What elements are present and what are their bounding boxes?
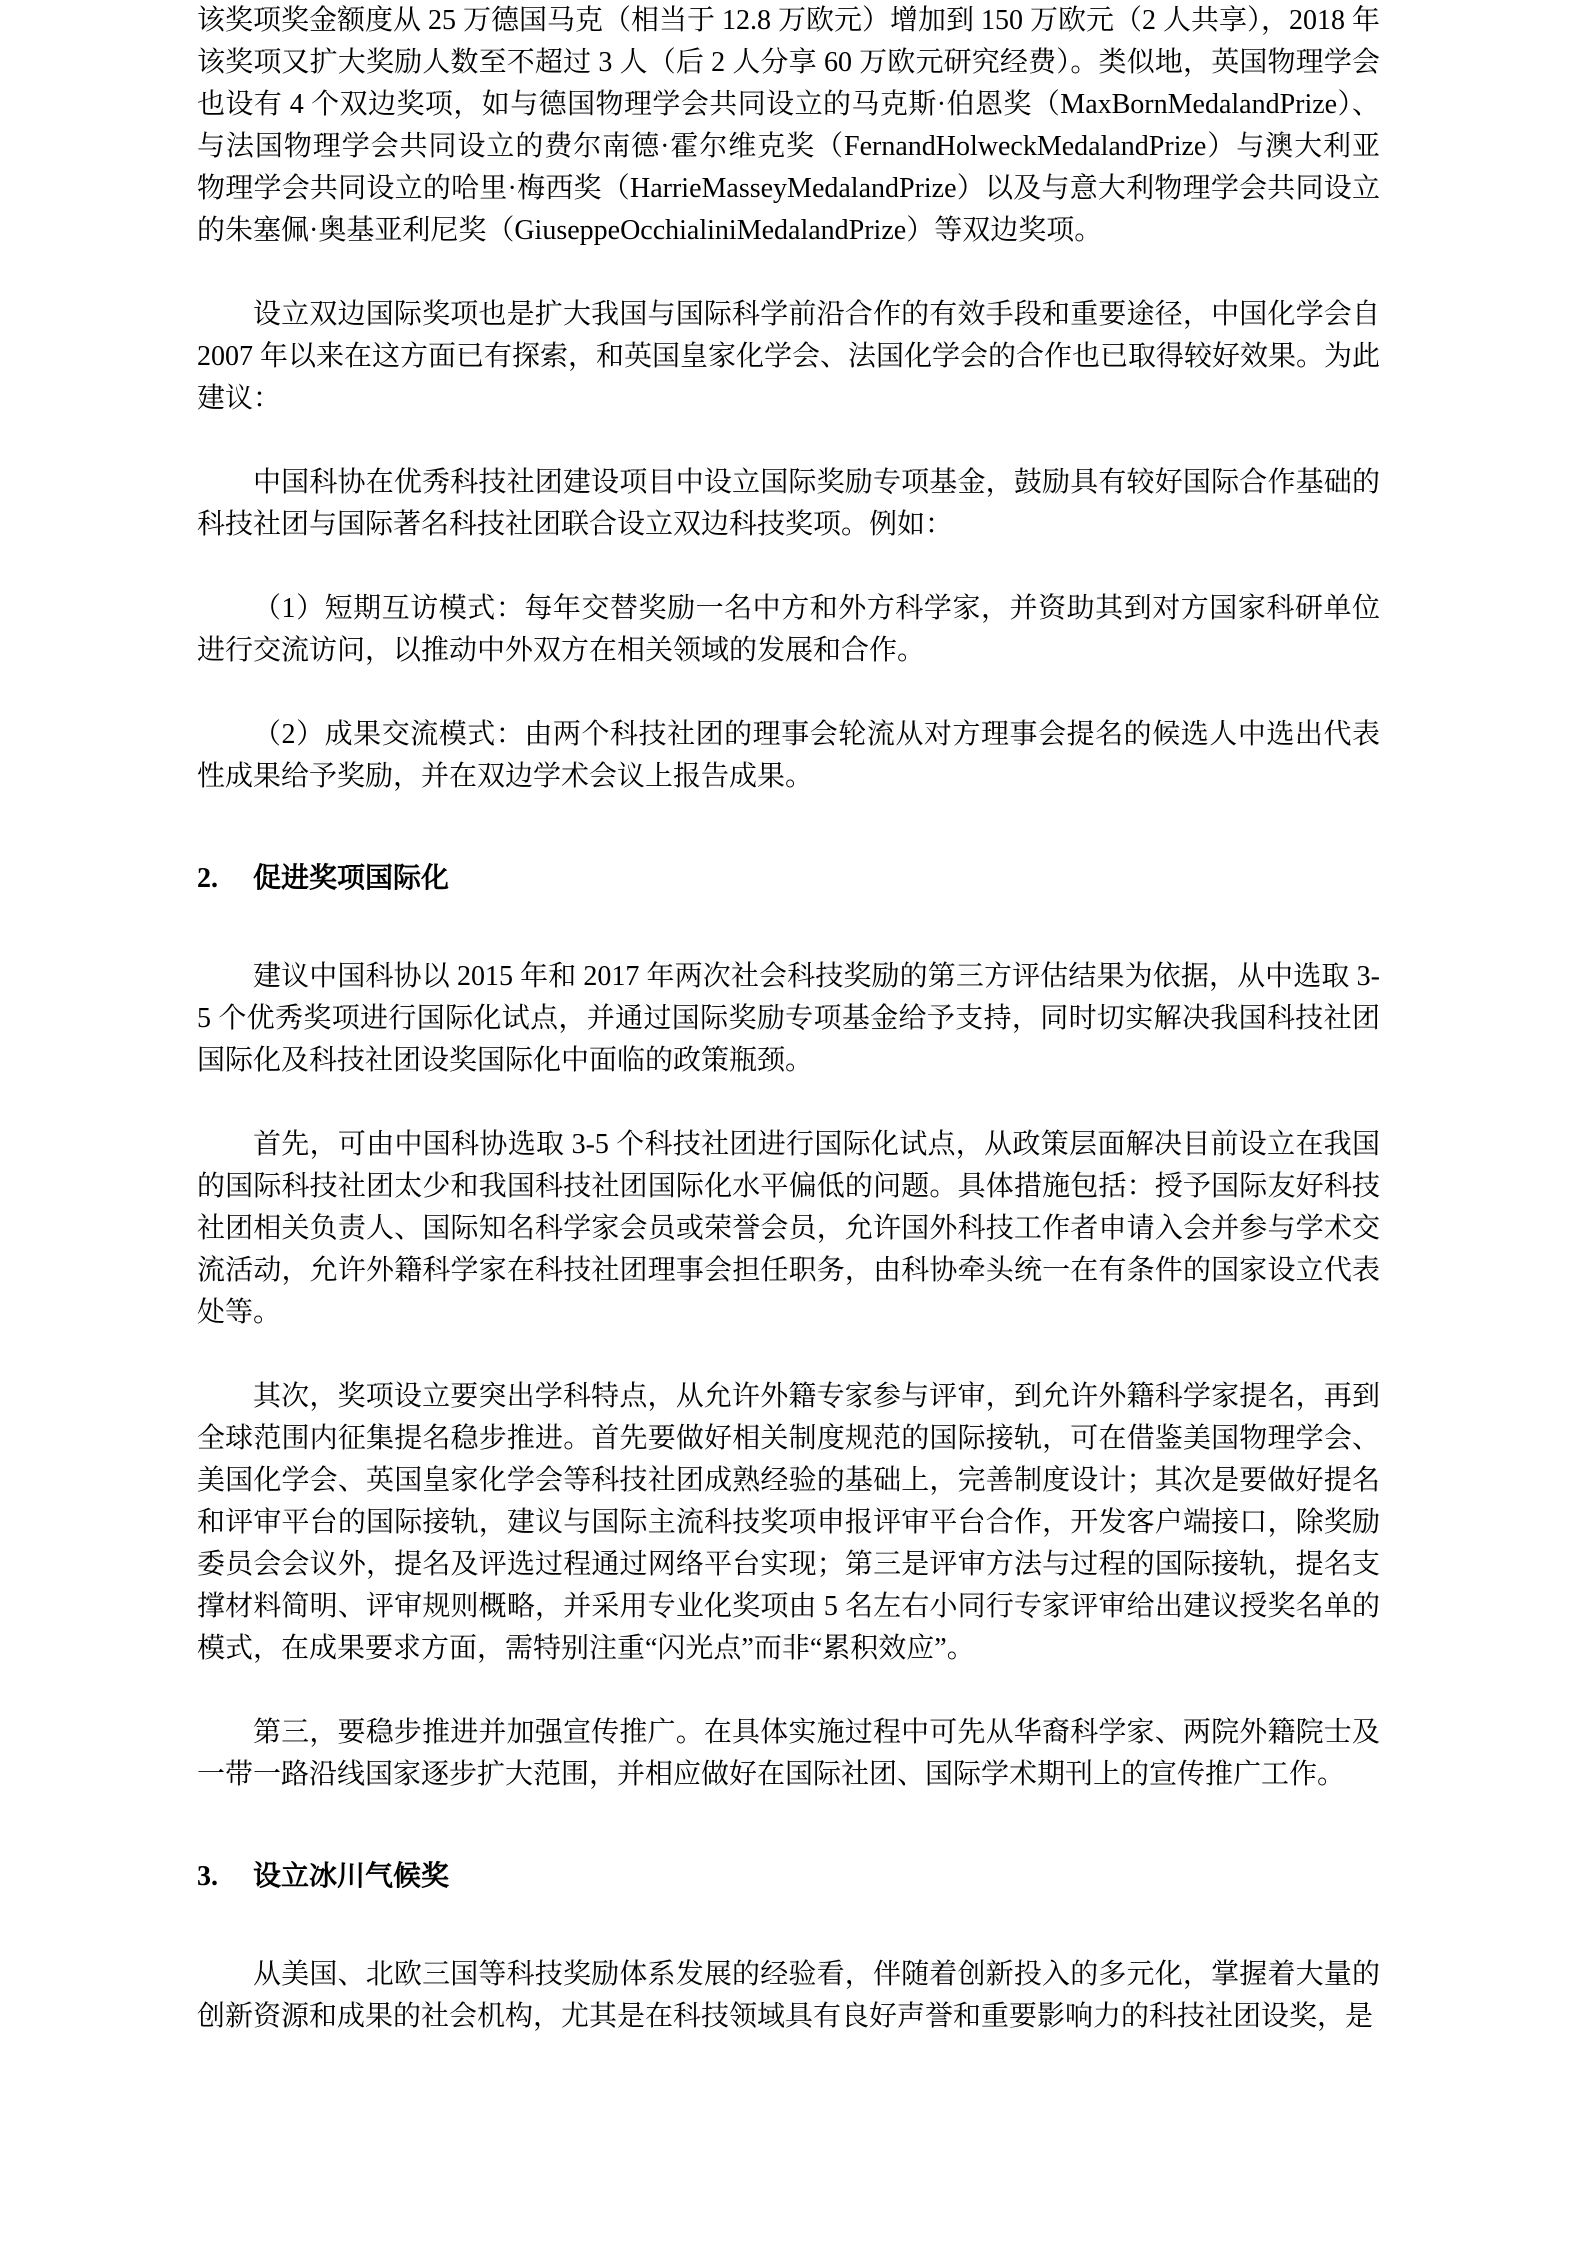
body-paragraph: 首先，可由中国科协选取 3-5 个科技社团进行国际化试点，从政策层面解决目前设立… — [197, 1124, 1380, 1334]
body-paragraph: 设立双边国际奖项也是扩大我国与国际科学前沿合作的有效手段和重要途径，中国化学会自… — [197, 294, 1380, 420]
body-paragraph: 中国科协在优秀科技社团建设项目中设立国际奖励专项基金，鼓励具有较好国际合作基础的… — [197, 462, 1380, 546]
heading-number: 2. — [197, 858, 253, 900]
heading-number: 3. — [197, 1856, 253, 1898]
body-paragraph: （1）短期互访模式：每年交替奖励一名中方和外方科学家，并资助其到对方国家科研单位… — [197, 588, 1380, 672]
section-heading-2: 2.促进奖项国际化 — [197, 858, 1380, 900]
heading-title: 设立冰川气候奖 — [253, 1861, 449, 1892]
section-heading-3: 3.设立冰川气候奖 — [197, 1856, 1380, 1898]
body-paragraph: 该奖项奖金额度从 25 万德国马克（相当于 12.8 万欧元）增加到 150 万… — [197, 0, 1380, 252]
document-page: 该奖项奖金额度从 25 万德国马克（相当于 12.8 万欧元）增加到 150 万… — [0, 0, 1587, 2245]
body-paragraph: 第三，要稳步推进并加强宣传推广。在具体实施过程中可先从华裔科学家、两院外籍院士及… — [197, 1712, 1380, 1796]
body-paragraph: 建议中国科协以 2015 年和 2017 年两次社会科技奖励的第三方评估结果为依… — [197, 956, 1380, 1082]
body-paragraph: （2）成果交流模式：由两个科技社团的理事会轮流从对方理事会提名的候选人中选出代表… — [197, 714, 1380, 798]
heading-title: 促进奖项国际化 — [253, 863, 449, 894]
body-paragraph: 从美国、北欧三国等科技奖励体系发展的经验看，伴随着创新投入的多元化，掌握着大量的… — [197, 1954, 1380, 2038]
body-paragraph: 其次，奖项设立要突出学科特点，从允许外籍专家参与评审，到允许外籍科学家提名，再到… — [197, 1376, 1380, 1670]
